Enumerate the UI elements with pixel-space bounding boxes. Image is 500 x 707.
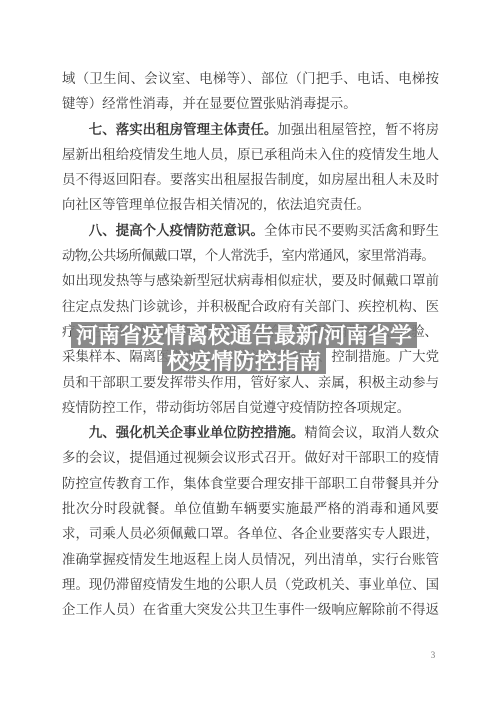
text-line: 防控宣传教育工作，集体食堂要合理安排干部职工自带餐具并分 bbox=[62, 471, 439, 496]
text-line: 如出现发热等与感染新型冠状病毒相似症状，要及时佩戴口罩前 bbox=[62, 268, 439, 293]
overlay-title-row: 校疫情防控指南 bbox=[63, 348, 425, 374]
text-line: 多的会议，提倡通过视频会议形式召开。做好对干部职工的疫情 bbox=[62, 445, 439, 470]
document-page: 域（卫生间、会议室、电梯等）、部位（门把手、电话、电梯按 键等）经常性消毒，并在… bbox=[0, 0, 500, 707]
text-line: 键等）经常性消毒，并在显要位置张贴消毒提示。 bbox=[62, 91, 439, 116]
text-line: 求，司乘人员必须佩戴口罩。各单位、各企业要落实专人跟进， bbox=[62, 521, 439, 546]
overlay-title-line1: 河南省疫情离校通告最新/河南省学 bbox=[71, 322, 417, 348]
overlay-title: 河南省疫情离校通告最新/河南省学 校疫情防控指南 bbox=[63, 322, 425, 374]
text-line: 企工作人员）在省重大突发公共卫生事件一级响应解除前不得返 bbox=[62, 597, 439, 622]
text-line-heading-8: 八、提高个人疫情防范意识。全体市民不要购买活禽和野生 bbox=[62, 218, 439, 243]
text-line-heading-7: 七、落实出租房管理主体责任。加强出租屋管控，暂不将房 bbox=[62, 117, 439, 142]
text-line: 往定点发热门诊就诊，并积极配合政府有关部门、疾控机构、医 bbox=[62, 294, 439, 319]
text-line-heading-9: 九、强化机关企事业单位防控措施。精简会议，取消人数众 bbox=[62, 420, 439, 445]
text-line: 向社区等管理单位报告相关情况的，依法追究责任。 bbox=[62, 192, 439, 217]
text-line: 域（卫生间、会议室、电梯等）、部位（门把手、电话、电梯按 bbox=[62, 66, 439, 91]
page-number: 3 bbox=[427, 650, 439, 660]
text-line: 屋新出租给疫情发生地人员，原已承租尚未入住的疫情发生地人 bbox=[62, 142, 439, 167]
text-line: 员不得返回阳春。要落实出租屋报告制度，如房屋出租人未及时 bbox=[62, 167, 439, 192]
text-line: 疫情防控工作，带动街坊邻居自觉遵守疫情防控各项规定。 bbox=[62, 395, 439, 420]
overlay-title-row: 河南省疫情离校通告最新/河南省学 bbox=[63, 322, 425, 348]
text-line: 准确掌握疫情发生地返程上岗人员情况，列出清单，实行台账管 bbox=[62, 547, 439, 572]
text-line: 批次分时段就餐。单位值勤车辆要实施最严格的消毒和通风要 bbox=[62, 496, 439, 521]
text-line: 理。现仍滞留疫情发生地的公职人员（党政机关、事业单位、国 bbox=[62, 572, 439, 597]
overlay-title-line2: 校疫情防控指南 bbox=[162, 348, 326, 374]
text-line: 动物,公共场所佩戴口罩，个人常洗手，室内常通风，家里常消毒。 bbox=[62, 243, 439, 268]
